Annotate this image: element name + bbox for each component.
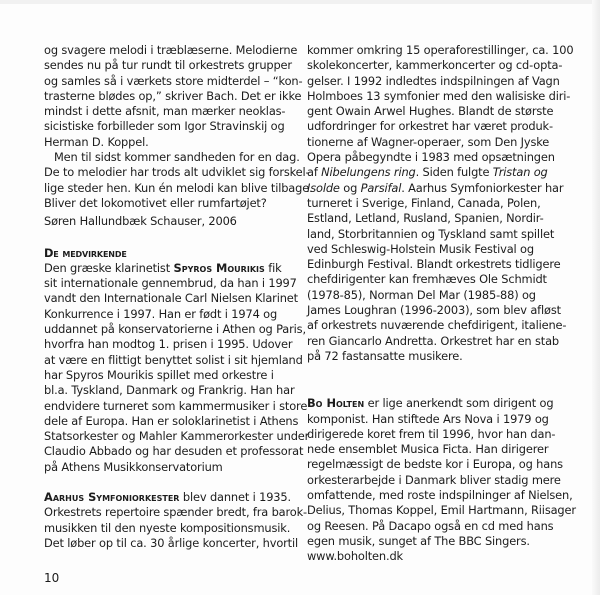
text-line: at være en flittigt benyttet solist i si… (44, 353, 294, 368)
text-line: sicistiske forbilleder som Igor Stravins… (44, 119, 294, 134)
text-line: gelser. I 1992 indledtes indspilningen a… (307, 74, 557, 89)
performer-name: Bo Holten (307, 396, 364, 410)
text-line: af orkestrets nuværende chefdirigent, it… (307, 318, 557, 333)
text-line: dirigerede koret frem til 1996, hvor han… (307, 427, 557, 442)
text-line: (1978-85), Norman Del Mar (1985-88) og (307, 288, 557, 303)
aarhus-bio-continued: kommer omkring 15 operaforestillinger, c… (307, 43, 557, 364)
text-fragment: fik (265, 261, 282, 275)
text-line: på 72 fastansatte musikere. (307, 349, 557, 364)
text-line: trasterne blødes op,” skriver Bach. Det … (44, 89, 294, 104)
text-line: sendes nu på tur rundt til orkestrets gr… (44, 58, 294, 73)
text-line: Estland, Letland, Rusland, Spanien, Nord… (307, 211, 557, 226)
work-title: Tristan og (493, 165, 548, 179)
text-line: Edinburgh Festival. Blandt orkestrets ti… (307, 257, 557, 272)
text-line: regelmæssigt de bedste kor i Europa, og … (307, 457, 557, 472)
text-line: udfordringer for orkestret har været pro… (307, 119, 557, 134)
text-line: Holmboes 13 symfonier med den walisiske … (307, 89, 557, 104)
text-line: nede ensemblet Musica Ficta. Han diriger… (307, 442, 557, 457)
text-line: kommer omkring 15 operaforestillinger, c… (307, 43, 557, 58)
text-line: komponist. Han stiftede Ars Nova i 1979 … (307, 412, 557, 427)
performer-name: Spyros Mourikis (174, 261, 265, 275)
text-line: Isolde og Parsifal. Aarhus Symfoniorkest… (307, 181, 557, 196)
aarhus-bio: Aarhus Symfoniorkester blev dannet i 193… (44, 490, 294, 551)
text-line: og svagere melodi i træblæserne. Melodie… (44, 43, 294, 58)
text-line: Opera påbegyndte i 1983 med opsætningen (307, 150, 557, 165)
section-heading: De medvirkende (44, 246, 294, 261)
holten-bio: Bo Holten er lige anerkendt som dirigent… (307, 396, 557, 564)
text-line: sit internationale gennembrud, da han i … (44, 276, 294, 291)
text-line: Herman D. Koppel. (44, 135, 294, 150)
text-line: Den græske klarinetist Spyros Mourikis f… (44, 261, 294, 276)
author-signature: Søren Hallundbæk Schauser, 2006 (44, 214, 294, 229)
text-line: ren Giancarlo Andretta. Orkestret har en… (307, 334, 557, 349)
text-line: vandt den Internationale Carl Nielsen Kl… (44, 291, 294, 306)
text-line: Konkurrence i 1997. Han er født i 1974 o… (44, 307, 294, 322)
text-fragment: blev dannet i 1935. (179, 490, 291, 504)
text-line: Orkestrets repertoire spænder bredt, fra… (44, 505, 294, 520)
text-line: musikken til den nyeste kompositionsmusi… (44, 521, 294, 536)
text-line: uddannet på konservatorierne i Athen og … (44, 322, 294, 337)
text-line: omfattende, med roste indspilninger af N… (307, 488, 557, 503)
text-fragment: Den græske klarinetist (44, 261, 174, 275)
text-line: endvidere turneret som kammermusiker i s… (44, 399, 294, 414)
text-fragment: er lige anerkendt som dirigent og (364, 396, 553, 410)
text-line: tionerne af Wagner-operaer, som Den Jysk… (307, 135, 557, 150)
text-fragment: af (307, 165, 321, 179)
text-line: Bliver det lokomotivet eller rumfartøjet… (44, 196, 294, 211)
closing-paragraph: Men til sidst kommer sandheden for en da… (44, 150, 294, 211)
text-line: Men til sidst kommer sandheden for en da… (44, 150, 294, 165)
work-title: Parsifal (361, 181, 402, 195)
right-column: kommer omkring 15 operaforestillinger, c… (307, 43, 557, 565)
text-line: af Nibelungens ring. Siden fulgte Trista… (307, 165, 557, 180)
text-line: De to melodier har trods alt udviklet si… (44, 165, 294, 180)
intro-paragraph: og svagere melodi i træblæserne. Melodie… (44, 43, 294, 150)
text-line: lige steder hen. Kun én melodi kan blive… (44, 181, 294, 196)
text-line: ved Schleswig-Holstein Musik Festival og (307, 242, 557, 257)
performer-name: Aarhus Symfoniorkester (44, 490, 179, 504)
text-line: gent Owain Arwel Hughes. Blandt de størs… (307, 104, 557, 119)
text-fragment: og (340, 181, 361, 195)
left-column: og svagere melodi i træblæserne. Melodie… (44, 43, 294, 551)
mourikis-bio: Den græske klarinetist Spyros Mourikis f… (44, 261, 294, 475)
work-title: Isolde (307, 181, 340, 195)
text-line: mindst i dette afsnit, man mærker neokla… (44, 104, 294, 119)
text-line: Claudio Abbado og har desuden et profess… (44, 444, 294, 459)
text-line: Aarhus Symfoniorkester blev dannet i 193… (44, 490, 294, 505)
text-line: chefdirigenter kan fremhæves Ole Schmidt (307, 272, 557, 287)
text-fragment: . Aarhus Symfoniorkester har (401, 181, 563, 195)
text-line: Statsorkester og Mahler Kammerorkester u… (44, 429, 294, 444)
text-line: hvorfra han modtog 1. prisen i 1995. Udo… (44, 337, 294, 352)
text-line: og samles så i værkets store midterdel –… (44, 74, 294, 89)
text-line: har Spyros Mourikis spillet med orkestre… (44, 368, 294, 383)
text-line: James Loughran (1996-2003), som blev afl… (307, 303, 557, 318)
text-line: Det løber op til ca. 30 årlige koncerter… (44, 536, 294, 551)
page-binding-edge (592, 0, 600, 595)
text-line: Bo Holten er lige anerkendt som dirigent… (307, 396, 557, 411)
work-title: Nibelungens ring (321, 165, 415, 179)
text-line: egen musik, sunget af The BBC Singers. (307, 534, 557, 549)
page-number: 10 (44, 571, 59, 585)
text-line: turneret i Sverige, Finland, Canada, Pol… (307, 196, 557, 211)
text-line: bl.a. Tyskland, Danmark og Frankrig. Han… (44, 383, 294, 398)
text-line: på Athens Musikkonservatorium (44, 460, 294, 475)
text-line: skolekoncerter, kammerkoncerter og cd-op… (307, 58, 557, 73)
text-line: land, Storbritannien og Tyskland samt sp… (307, 227, 557, 242)
website-link: www.boholten.dk (307, 549, 557, 564)
text-line: dele af Europa. Han er soloklarinetist i… (44, 414, 294, 429)
text-line: orkesterarbejde i Danmark bliver stadig … (307, 473, 557, 488)
text-fragment: . Siden fulgte (416, 165, 493, 179)
text-line: Delius, Thomas Koppel, Emil Hartmann, Ri… (307, 503, 557, 518)
page-top-edge (0, 0, 600, 4)
text-line: og Reesen. På Dacapo også en cd med hans (307, 519, 557, 534)
